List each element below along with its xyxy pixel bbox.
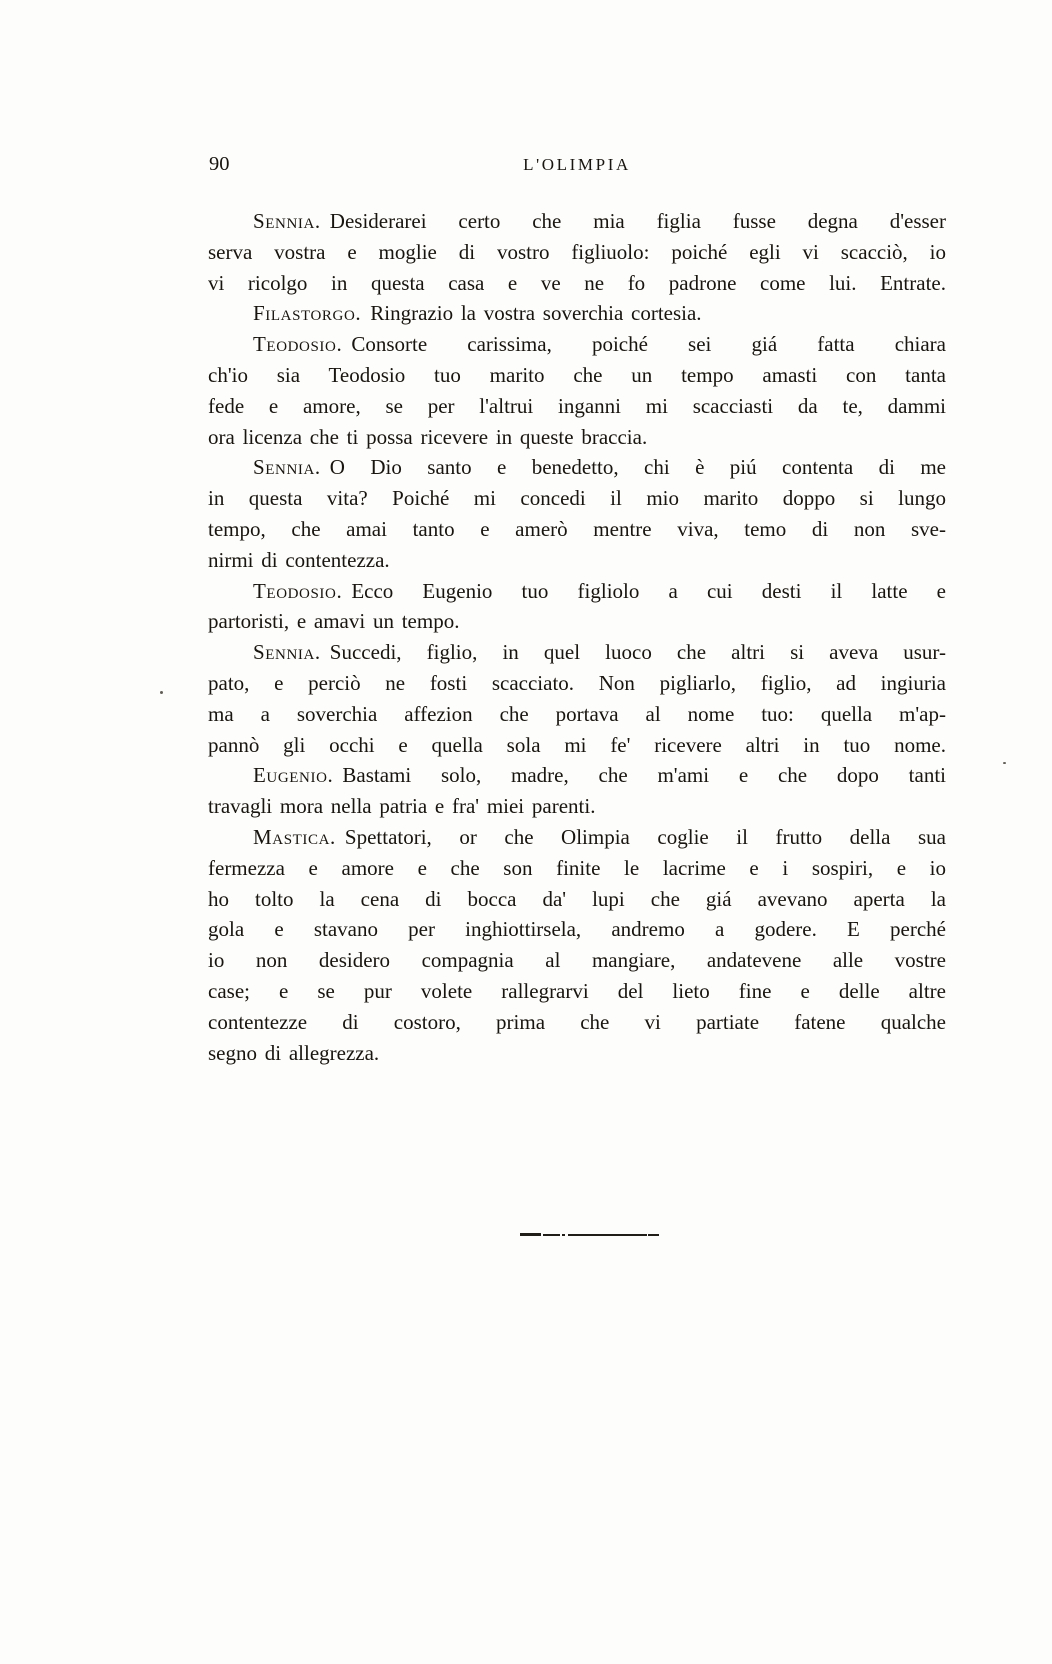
dialogue-line: ora licenza che ti possa ricevere in que… [208,422,946,453]
dialogue-line: fermezza e amore e che son finite le lac… [208,853,946,884]
dialogue-line: travagli mora nella patria e fra' miei p… [208,791,946,822]
dialogue-paragraph: Eugenio.Bastami solo, madre, che m'ami e… [208,760,946,822]
dialogue-line: ma a soverchia affezion che portava al n… [208,699,946,730]
scan-speck [160,691,163,694]
dialogue-line: pato, e perciò ne fosti scacciato. Non p… [208,668,946,699]
dialogue-line: gola e stavano per inghiottirsela, andre… [208,914,946,945]
dialogue-line: vi ricolgo in questa casa e ve ne fo pad… [208,268,946,299]
dialogue-line: ch'io sia Teodosio tuo marito che un tem… [208,360,946,391]
dialogue-line: case; e se pur volete rallegrarvi del li… [208,976,946,1007]
dialogue-line: fede e amore, se per l'altrui inganni mi… [208,391,946,422]
dialogue-paragraph: Sennia.O Dio santo e benedetto, chi è pi… [208,452,946,575]
dialogue-line: pannò gli occhi e quella sola mi fe' ric… [208,730,946,761]
divider-segment [568,1234,647,1236]
dialogue-line: Sennia.O Dio santo e benedetto, chi è pi… [208,452,946,483]
dialogue-paragraph: Filastorgo.Ringrazio la vostra soverchia… [208,298,946,329]
dialogue-paragraph: Sennia.Desiderarei certo che mia figlia … [208,206,946,298]
dialogue-line: Sennia.Succedi, figlio, in quel luoco ch… [208,637,946,668]
divider-segment [648,1234,659,1236]
speaker-name: Eugenio. [253,763,333,787]
dialogue-paragraph: Sennia.Succedi, figlio, in quel luoco ch… [208,637,946,760]
dialogue-paragraph: Teodosio.Consorte carissima, poiché sei … [208,329,946,452]
dialogue-line: serva vostra e moglie di vostro figliuol… [208,237,946,268]
dialogue-paragraph: Teodosio.Ecco Eugenio tuo figliolo a cui… [208,576,946,638]
dialogue-line: Eugenio.Bastami solo, madre, che m'ami e… [208,760,946,791]
dialogue-line: Teodosio.Ecco Eugenio tuo figliolo a cui… [208,576,946,607]
dialogue-line: Filastorgo.Ringrazio la vostra soverchia… [208,298,946,329]
speaker-name: Mastica. [253,825,336,849]
dialogue-line: ho tolto la cena di bocca da' lupi che g… [208,884,946,915]
book-page: 90 L'OLIMPIA Sennia.Desiderarei certo ch… [0,0,1052,1664]
dialogue-line: Mastica.Spettatori, or che Olimpia cogli… [208,822,946,853]
dialogue-line: Sennia.Desiderarei certo che mia figlia … [208,206,946,237]
dialogue-line: partoristi, e amavi un tempo. [208,606,946,637]
dialogue-paragraph: Mastica.Spettatori, or che Olimpia cogli… [208,822,946,1068]
speaker-name: Sennia. [253,455,321,479]
running-title: L'OLIMPIA [208,156,946,174]
speaker-name: Teodosio. [253,579,342,603]
dialogue-line: io non desidero compagnia al mangiare, a… [208,945,946,976]
dialogue-text-block: Sennia.Desiderarei certo che mia figlia … [208,206,946,1068]
speaker-name: Sennia. [253,640,321,664]
speaker-name: Sennia. [253,209,321,233]
divider-segment [562,1234,565,1236]
running-head: 90 L'OLIMPIA [208,152,946,178]
dialogue-line: in questa vita? Poiché mi concedi il mio… [208,483,946,514]
dialogue-line: nirmi di contentezza. [208,545,946,576]
dialogue-line: contentezze di costoro, prima che vi par… [208,1007,946,1038]
dialogue-line: tempo, che amai tanto e amerò mentre viv… [208,514,946,545]
divider-segment [520,1233,541,1236]
divider-segment [543,1234,560,1236]
speaker-name: Filastorgo. [253,301,361,325]
section-divider [520,1233,660,1237]
dialogue-line: segno di allegrezza. [208,1038,946,1069]
speaker-name: Teodosio. [253,332,342,356]
dialogue-line: Teodosio.Consorte carissima, poiché sei … [208,329,946,360]
scan-speck [1003,762,1006,764]
